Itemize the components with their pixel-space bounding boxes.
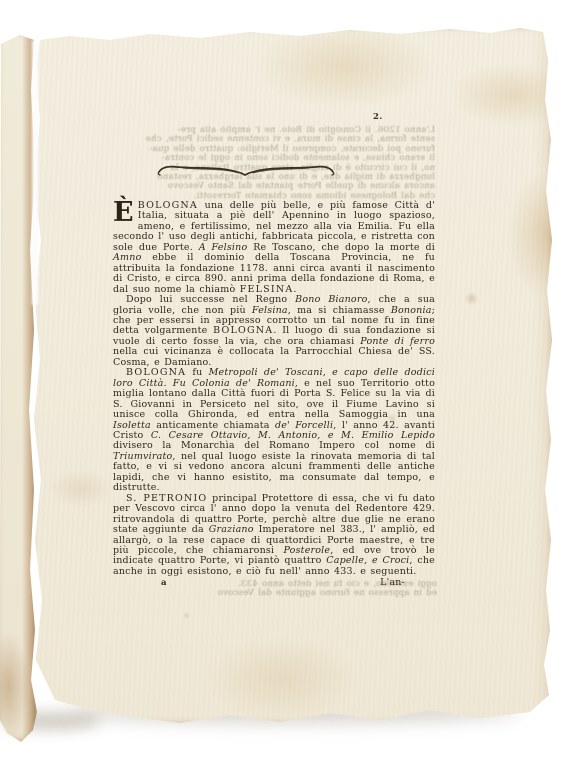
paragraph: BOLOGNA fu Metropoli de' Toscani, e capo… [113,368,435,493]
paragraph-container: ÈBOLOGNA una delle più belle, e più famo… [113,201,435,577]
gutter-gap [32,40,38,305]
italic-run: Amno [113,252,142,263]
italic-run: Posterole [283,545,330,556]
bleedthrough-line: ed in appresso ne furono aggiunte dal Ve… [137,589,437,598]
text-run: . [293,284,296,295]
italic-run: Graziano [209,524,254,535]
section-divider-flourish [155,162,337,180]
paragraph: ÈBOLOGNA una delle più belle, e più famo… [113,201,435,295]
italic-run: Bononia [391,305,432,316]
italic-run: Isoletta [113,420,151,431]
text-run: fu [186,367,208,378]
smallcaps-run: FELSINA [240,284,294,295]
book-photo: 2. L'anno 1206. il Consiglio di Bolo. ne… [0,0,579,768]
smallcaps-run: BOLOGNA [213,325,273,336]
main-page: 2. L'anno 1206. il Consiglio di Bolo. ne… [28,24,556,728]
text-run: , ma si chiamasse [288,305,391,316]
italic-run: Capelle, e Croci [326,555,409,566]
italic-run: Felsina [252,305,288,316]
paragraph: Dopo lui successe nel Regno Bono Bianoro… [113,295,435,368]
text-run: nella cui vicinanza è collocata la Parro… [113,346,435,367]
text-run: Dopo lui successe nel Regno [126,294,295,305]
text-run: Re Toscano, che dopo la morte di [247,242,435,253]
italic-run: de' Forcelli [275,420,333,431]
italic-run: Ponte di ferro [360,336,435,347]
page-number: 2. [373,112,383,122]
smallcaps-run: BOLOGNA [138,200,198,211]
smallcaps-run: S. PETRONIO [126,493,207,504]
italic-run: A Felsino [199,242,248,253]
smallcaps-run: BOLOGNA [126,367,186,378]
italic-run: Triumvirato [113,451,172,462]
text-run: divisero la Monarchìa del Romano Impero … [113,440,435,451]
signature-mark: a [161,578,167,588]
body-text: ÈBOLOGNA una delle più belle, e più famo… [113,201,435,589]
text-run: anticamente chiamata [151,420,275,431]
italic-run: Bono Bianoro [295,294,367,305]
paragraph: S. PETRONIO principal Protettore di essa… [113,494,435,578]
italic-run: C. Cesare Ottavio, M. Antonio, e M. Emil… [151,430,435,441]
page-footer: a L'an- [113,577,435,588]
printed-area: 2. L'anno 1206. il Consiglio di Bolo. ne… [113,24,435,728]
catchword: L'an- [380,578,405,588]
drop-cap: È [113,201,138,224]
